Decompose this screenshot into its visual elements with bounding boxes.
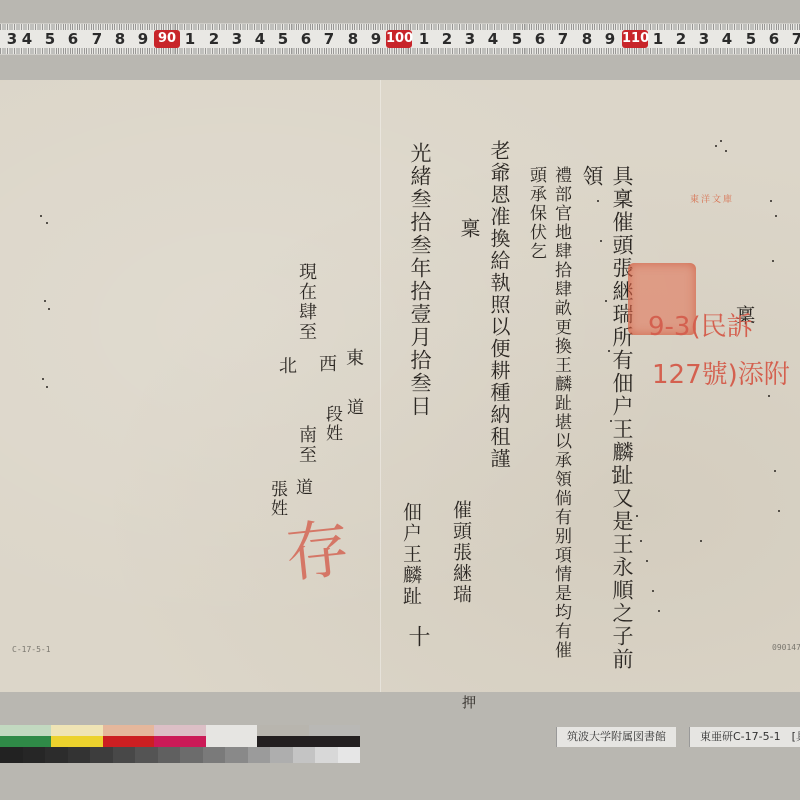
- library-label: 筑波大学附属図書館: [557, 727, 676, 747]
- pastel-swatch: [257, 725, 308, 736]
- ink-speck: [768, 395, 770, 397]
- ruler-number: 1: [647, 30, 669, 48]
- ink-speck: [715, 145, 717, 147]
- boundary-east: 東: [340, 348, 366, 368]
- red-approval-mark: 存: [280, 497, 353, 595]
- gray-swatch: [203, 747, 226, 763]
- boundary-south-to: 南至: [293, 425, 319, 465]
- ruler-number: 5: [39, 30, 61, 48]
- boundary-south-value: 道: [290, 478, 315, 497]
- pastel-swatch: [309, 725, 360, 736]
- ink-speck: [612, 470, 614, 472]
- ink-speck: [46, 222, 48, 224]
- ruler-number: 7: [552, 30, 574, 48]
- ruler-number: 8: [109, 30, 131, 48]
- ruler-number: 6: [295, 30, 317, 48]
- gray-swatch: [225, 747, 248, 763]
- ink-speck: [600, 240, 602, 242]
- text-column-c1: 具稟催頭張継瑞所有佃户王麟趾又是王永順之子前領: [577, 165, 637, 692]
- ink-speck: [46, 386, 48, 388]
- ruler-ticks-bottom: [0, 48, 800, 54]
- ink-speck: [700, 540, 702, 542]
- solid-swatch: [0, 736, 51, 747]
- pastel-swatch: [51, 725, 102, 736]
- ruler-number: 6: [62, 30, 84, 48]
- gray-swatch: [135, 747, 158, 763]
- ruler-number: 2: [436, 30, 458, 48]
- text-column-c6: 光緒叁拾叁年拾壹月拾叁日: [405, 142, 435, 418]
- pastel-swatch: [154, 725, 205, 736]
- solid-swatches: [0, 736, 360, 747]
- gray-swatch: [45, 747, 68, 763]
- text-column-c9: 佃户王麟趾: [398, 502, 425, 607]
- ruler-number: 1: [413, 30, 435, 48]
- ruler-number: 9: [365, 30, 387, 48]
- text-column-c8: 催頭張継瑞: [448, 500, 475, 605]
- color-calibration-chart: [0, 725, 360, 767]
- solid-swatch: [257, 736, 308, 747]
- gray-swatch: [248, 747, 271, 763]
- ruler-number: 4: [249, 30, 271, 48]
- gray-swatch: [0, 747, 23, 763]
- ink-speck: [658, 610, 660, 612]
- ink-speck: [616, 520, 618, 522]
- ruler-number: 5: [272, 30, 294, 48]
- ink-speck: [778, 510, 780, 512]
- solid-swatch: [206, 736, 257, 747]
- ink-speck: [652, 590, 654, 592]
- ink-speck: [640, 540, 642, 542]
- ink-speck: [608, 350, 610, 352]
- gray-swatch: [158, 747, 181, 763]
- ruler-number: 8: [576, 30, 598, 48]
- ruler-number: 1: [179, 30, 201, 48]
- signature-mark: 押: [458, 695, 478, 711]
- solid-swatch: [309, 736, 360, 747]
- gray-swatch: [90, 747, 113, 763]
- ink-speck: [597, 200, 599, 202]
- ink-speck: [720, 140, 722, 142]
- boundary-north: 北: [273, 356, 299, 376]
- boundary-west: 西: [313, 354, 339, 374]
- call-number-label: 東亜研C-17-5-1 [具稟]: [690, 727, 800, 747]
- ruler-number: 3: [226, 30, 248, 48]
- gray-swatch: [113, 747, 136, 763]
- ink-speck: [646, 560, 648, 562]
- solid-swatch: [103, 736, 154, 747]
- ink-speck: [44, 300, 46, 302]
- ink-speck: [605, 300, 607, 302]
- ruler-number: 6: [763, 30, 785, 48]
- ruler-number: 6: [529, 30, 551, 48]
- ruler-number: 90: [154, 30, 180, 48]
- pastel-swatch: [103, 725, 154, 736]
- gray-swatch: [293, 747, 316, 763]
- ink-speck: [775, 215, 777, 217]
- pencil-call-number: C-17-5-1: [12, 645, 51, 654]
- ink-speck: [610, 420, 612, 422]
- ruler-number: 100: [386, 30, 412, 48]
- text-column-c3: 頭承保伏乞: [524, 166, 549, 261]
- ruler-number: 7: [86, 30, 108, 48]
- ruler-number: 110: [622, 30, 648, 48]
- text-column-c2: 禮部官地肆拾肆畝更換王麟趾堪以承領倘有别項情是均有催: [549, 166, 574, 660]
- pastel-swatch: [0, 725, 51, 736]
- gray-swatch: [68, 747, 91, 763]
- ruler-number: 2: [203, 30, 225, 48]
- gray-swatch: [180, 747, 203, 763]
- pastel-swatches: [0, 725, 360, 736]
- ruler-number: 2: [670, 30, 692, 48]
- ink-speck: [622, 560, 624, 562]
- cross-mark: 十: [402, 625, 433, 649]
- ruler-number: 5: [740, 30, 762, 48]
- ruler-number: 7: [786, 30, 800, 48]
- ruler-number: 7: [318, 30, 340, 48]
- ruler-number: 3: [459, 30, 481, 48]
- gray-swatch: [315, 747, 338, 763]
- ink-speck: [774, 470, 776, 472]
- measuring-ruler: 3456789901234567891001234567891101234567: [0, 23, 800, 55]
- top-red-stamp: 東洋文庫: [690, 192, 734, 205]
- ruler-number: 9: [132, 30, 154, 48]
- ruler-number: 4: [16, 30, 38, 48]
- gray-swatch: [270, 747, 293, 763]
- solid-swatch: [154, 736, 205, 747]
- ruler-number: 3: [693, 30, 715, 48]
- grayscale-swatches: [0, 747, 360, 763]
- ruler-number: 4: [716, 30, 738, 48]
- fold-line: [380, 80, 381, 692]
- red-annotation-line2: 127號)添附: [652, 354, 790, 391]
- solid-swatch: [51, 736, 102, 747]
- pastel-swatch: [206, 725, 257, 736]
- text-column-c4: 老爺恩准換給執照以便耕種納租謹: [485, 140, 514, 470]
- ink-speck: [770, 200, 772, 202]
- ruler-number: 8: [342, 30, 364, 48]
- boundary-west-value: 段姓: [320, 405, 345, 443]
- gray-swatch: [338, 747, 361, 763]
- gray-swatch: [23, 747, 46, 763]
- ink-speck: [636, 515, 638, 517]
- red-annotation-line1: 9-3(民訴: [648, 306, 753, 343]
- ruler-number: 5: [506, 30, 528, 48]
- text-column-c5: 稟: [455, 218, 484, 240]
- ink-speck: [725, 150, 727, 152]
- ruler-number: 9: [599, 30, 621, 48]
- ink-speck: [40, 215, 42, 217]
- text-column-c7: 現在肆至: [293, 262, 319, 342]
- ink-speck: [772, 260, 774, 262]
- ruler-number: 4: [482, 30, 504, 48]
- ink-speck: [42, 378, 44, 380]
- document-paper: 具稟催頭張継瑞所有佃户王麟趾又是王永順之子前領禮部官地肆拾肆畝更換王麟趾堪以承領…: [0, 80, 800, 692]
- ink-speck: [48, 308, 50, 310]
- pencil-barcode-number: 09014763: [772, 643, 800, 652]
